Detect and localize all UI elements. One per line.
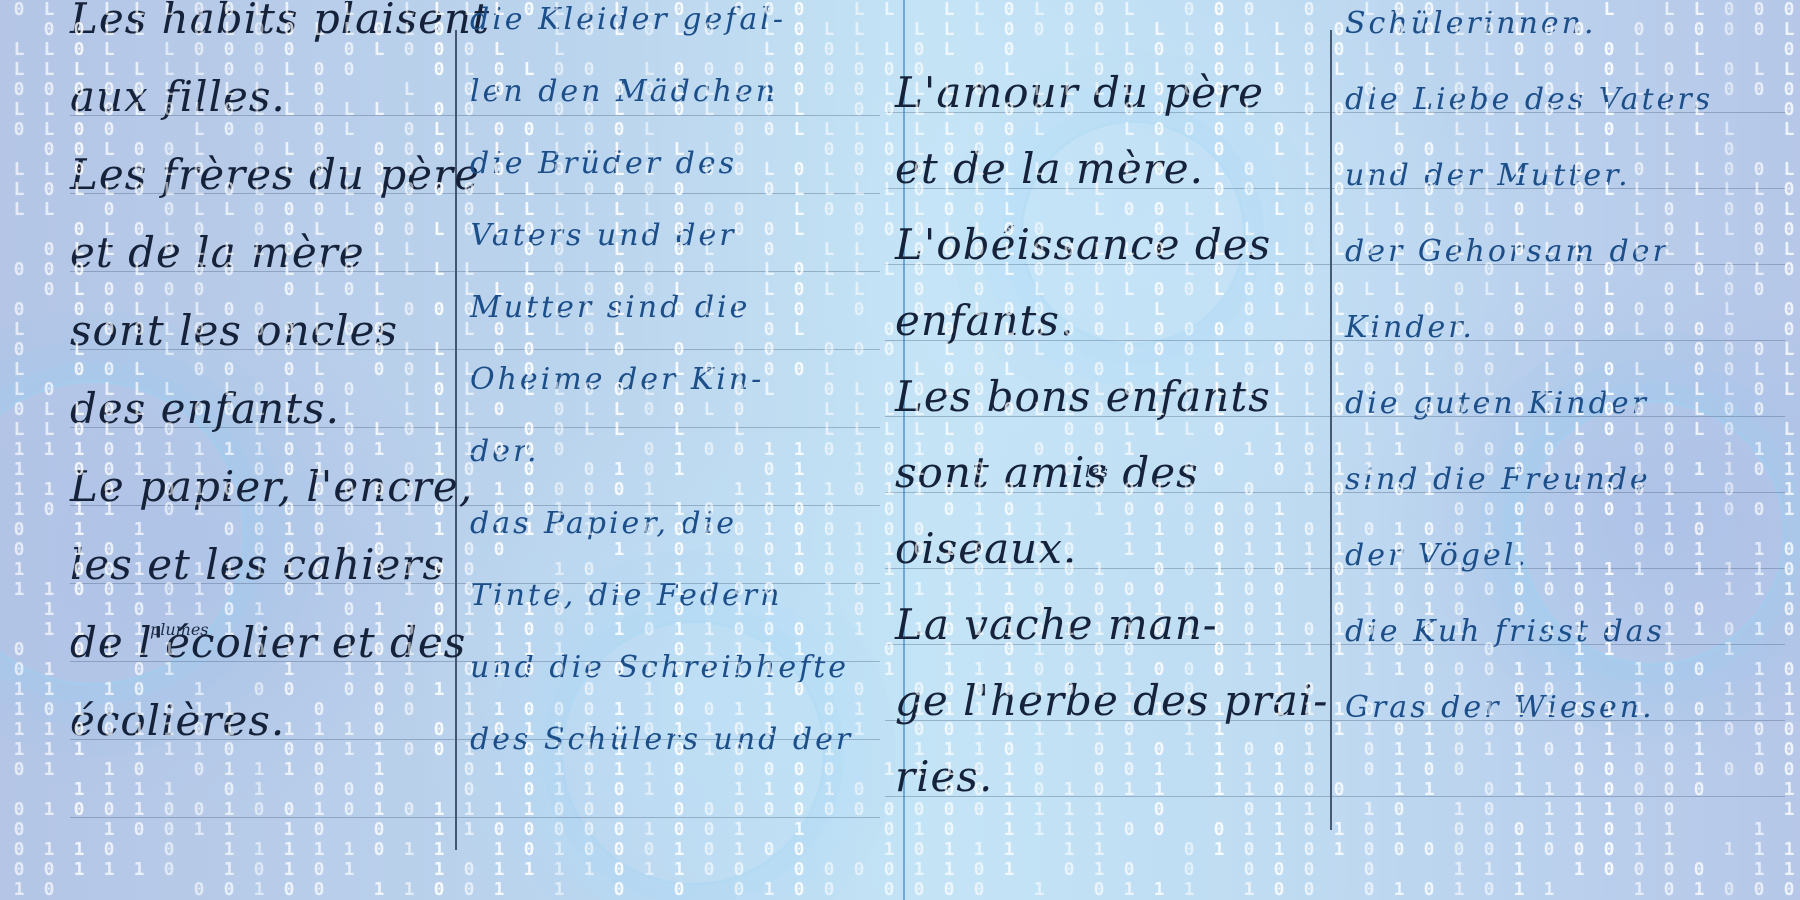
- french-line: ge l'herbe des prai-: [895, 676, 1328, 725]
- french-line: Le papier, l'encre,: [70, 462, 473, 511]
- german-line: sind die Freunde: [1345, 462, 1651, 497]
- ruled-line: [885, 796, 1785, 797]
- german-line: des Schülers und der: [470, 722, 853, 757]
- german-line: und die Schreibhefte: [470, 650, 849, 685]
- french-line: écolières.: [70, 696, 285, 745]
- right-page: L'amour du pèreet de la mère.L'obéissanc…: [905, 0, 1800, 900]
- notebook-photo: Les habits plaisentaux filles.Les frères…: [0, 0, 1800, 900]
- french-line: et de la mère.: [895, 144, 1204, 193]
- german-line: len den Mädchen: [470, 74, 778, 109]
- ruled-line: [70, 817, 880, 818]
- left-page: Les habits plaisentaux filles.Les frères…: [0, 0, 903, 900]
- german-line: das Papier, die: [470, 506, 737, 541]
- german-line: die Liebe des Vaters: [1345, 82, 1713, 117]
- french-line: L'obéissance des: [895, 220, 1271, 269]
- column-divider: [1330, 30, 1332, 830]
- french-line: et de la mère: [70, 228, 365, 277]
- french-line: La vache man-: [895, 600, 1218, 649]
- german-line: die Kuh frisst das: [1345, 614, 1665, 649]
- french-insertion: plumes: [150, 620, 209, 639]
- german-line: der Vögel.: [1345, 538, 1529, 573]
- french-line: Les frères du père: [70, 150, 480, 199]
- german-line: Vaters und der: [470, 218, 737, 253]
- french-line: enfants.: [895, 296, 1074, 345]
- french-line: aux filles.: [70, 72, 286, 121]
- german-line: die Kleider gefal-: [470, 2, 786, 37]
- french-line: des enfants.: [70, 384, 340, 433]
- french-line: L'amour du père: [895, 68, 1264, 117]
- german-line: die Brüder des: [470, 146, 737, 181]
- german-line: die guten Kinder: [1345, 386, 1649, 421]
- french-line: ries.: [895, 752, 993, 801]
- german-line: der.: [470, 434, 540, 469]
- german-line: Oheime der Kin-: [470, 362, 764, 397]
- german-line: und der Mutter.: [1345, 158, 1631, 193]
- german-line: Kinder.: [1345, 310, 1475, 345]
- french-line: oiseaux.: [895, 524, 1077, 573]
- german-line: der Gehorsam der: [1345, 234, 1670, 269]
- french-line: sont les oncles: [70, 306, 398, 355]
- french-line: sont amis des: [895, 448, 1199, 497]
- french-insertion: les: [1085, 462, 1108, 481]
- french-line: de l'écolier et des: [70, 618, 466, 667]
- german-line: Mutter sind die: [470, 290, 750, 325]
- french-line: les et les cahiers: [70, 540, 445, 589]
- french-line: Les bons enfants: [895, 372, 1271, 421]
- german-line: Tinte, die Federn: [470, 578, 782, 613]
- french-line: Les habits plaisent: [70, 0, 490, 43]
- german-line: Schülerinnen.: [1345, 6, 1597, 41]
- german-line: Gras der Wiesen.: [1345, 690, 1655, 725]
